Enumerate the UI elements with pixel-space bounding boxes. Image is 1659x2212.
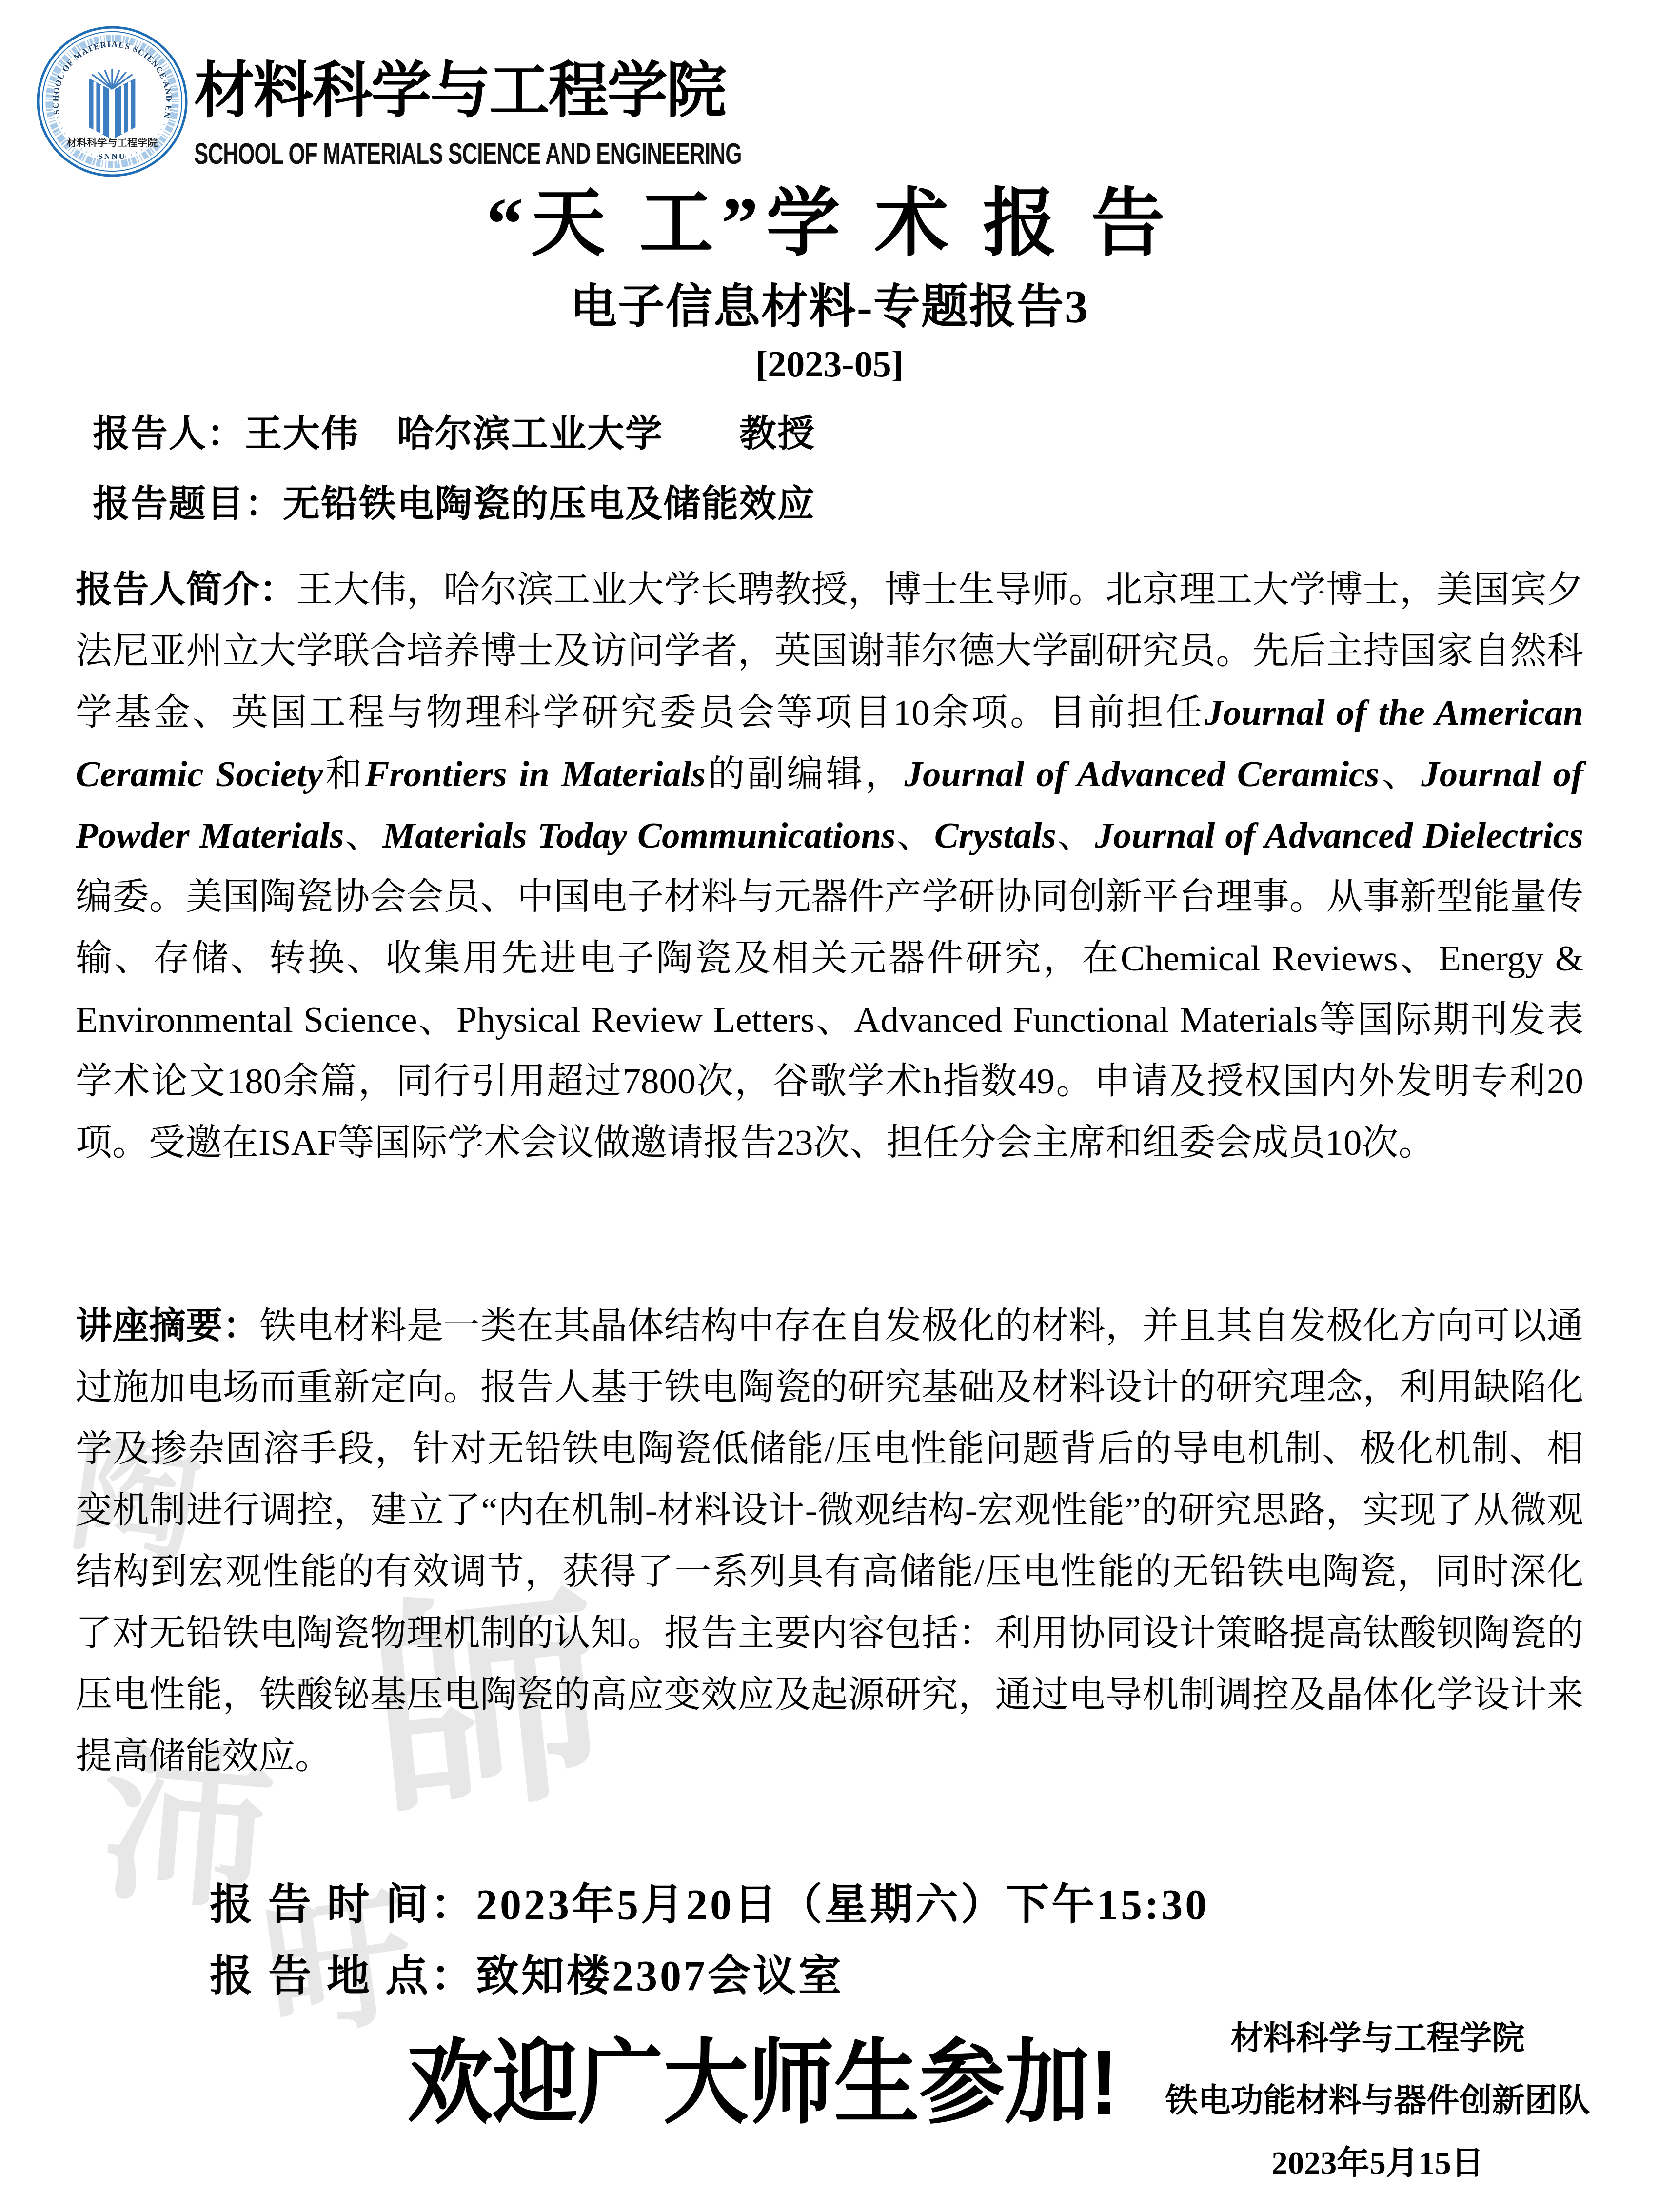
report-time-line: 报 告 时 间：2023年5月20日（星期六）下午15:30 — [210, 1870, 1209, 1941]
organizer-block: 材料科学与工程学院 铁电功能材料与器件创新团队 2023年5月15日 — [1139, 2007, 1617, 2194]
masthead: 材料科学与工程学院 SCHOOL OF MATERIALS SCIENCE AN… — [194, 42, 816, 165]
poster-subtitle: 电子信息材料-专题报告3 — [0, 269, 1659, 336]
text-segment: Materials Today Communications — [383, 815, 896, 856]
speaker-label: 报告人： — [93, 414, 245, 454]
school-logo: SCHOOL OF MATERIALS SCIENCE AND ENGINEER… — [35, 24, 189, 178]
report-place-line: 报 告 地 点：致知楼2307会议室 — [210, 1941, 1209, 2012]
school-name-chinese: 材料科学与工程学院 — [194, 42, 816, 129]
text-segment: Journal of Advanced Dielectrics — [1095, 815, 1583, 856]
poster-date: 2023年5月15日 — [1139, 2132, 1617, 2194]
text-segment: 、 — [1056, 815, 1095, 856]
lecture-abstract-paragraph: 讲座摘要：铁电材料是一类在其晶体结构中存在自发极化的材料，并且其自发极化方向可以… — [76, 1296, 1583, 1787]
logo-abbr: SNNU — [98, 152, 126, 161]
text-segment: 编委。美国陶瓷协会会员、中国电子材料与元器件产学研协同创新平台理事。从事新型能量… — [76, 877, 1583, 1163]
schedule-block: 报 告 时 间：2023年5月20日（星期六）下午15:30 报 告 地 点：致… — [210, 1870, 1209, 2012]
poster-title: “天 工”学 术 报 告 — [0, 164, 1659, 270]
text-segment: Journal of Advanced Ceramics — [905, 754, 1380, 794]
text-segment: 的副编辑， — [706, 754, 905, 794]
text-segment: 讲座摘要： — [76, 1306, 259, 1346]
welcome-message: 欢迎广大师生参加! — [407, 2009, 1118, 2141]
topic-line: 报告题目：无铅铁电陶瓷的压电及储能效应 — [93, 474, 815, 527]
topic-label: 报告题目： — [93, 484, 283, 525]
text-segment: Crystals — [934, 815, 1056, 856]
poster-page: 師 沛 旴 陶 SCHOOL OF MATERIALS SCIENCE AND … — [0, 0, 1659, 2212]
text-segment: 、 — [1379, 754, 1421, 794]
issue-number: [2023-05] — [0, 343, 1659, 386]
text-segment: 报告人简介： — [76, 570, 296, 610]
logo-chinese-name: 材料科学与工程学院 — [67, 137, 158, 149]
speaker-value: 王大伟 哈尔滨工业大学 教授 — [245, 414, 815, 454]
speaker-line: 报告人：王大伟 哈尔滨工业大学 教授 — [93, 404, 815, 457]
text-segment: 和 — [323, 754, 365, 794]
text-segment: 、 — [344, 815, 382, 856]
organizer-school: 材料科学与工程学院 — [1139, 2007, 1617, 2070]
text-segment: 、 — [895, 815, 934, 856]
text-segment: 铁电材料是一类在其晶体结构中存在自发极化的材料，并且其自发极化方向可以通过施加电… — [76, 1306, 1583, 1777]
topic-value: 无铅铁电陶瓷的压电及储能效应 — [283, 484, 815, 525]
speaker-bio-paragraph: 报告人简介：王大伟，哈尔滨工业大学长聘教授，博士生导师。北京理工大学博士，美国宾… — [76, 559, 1583, 1174]
organizer-team: 铁电功能材料与器件创新团队 — [1139, 2070, 1617, 2132]
text-segment: Frontiers in Materials — [365, 754, 706, 794]
